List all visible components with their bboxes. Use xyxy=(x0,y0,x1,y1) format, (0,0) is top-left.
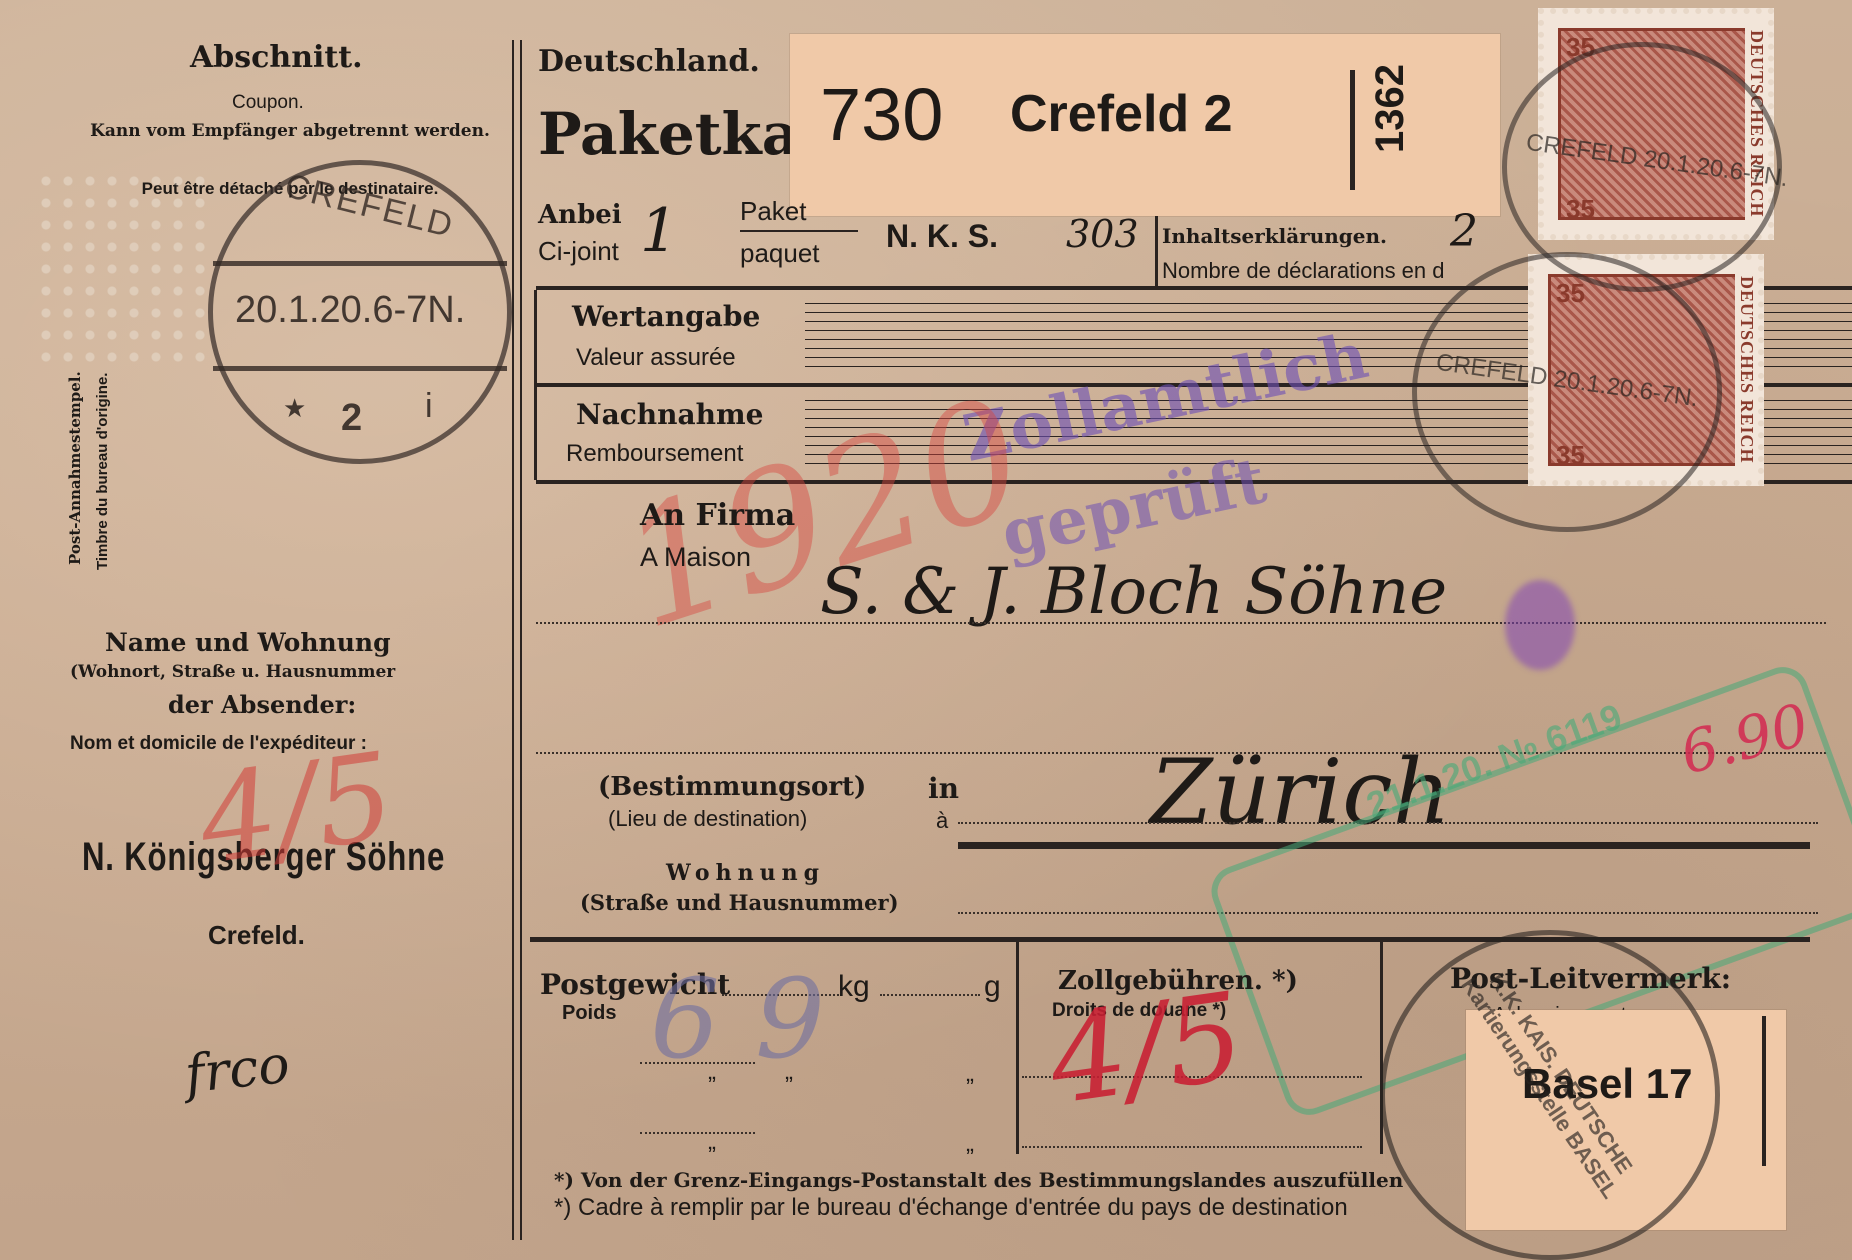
in-label: in xyxy=(928,772,959,805)
ditto-2: „ xyxy=(785,1058,793,1086)
postmark-date: 20.1.20.6-7N. xyxy=(235,289,465,332)
sender-heading-1: Name und Wohnung xyxy=(105,628,391,657)
customs-dots-2 xyxy=(1022,1146,1362,1148)
g-unit: g xyxy=(984,970,1001,1004)
coupon-side-de: Post-Annahmestempel. xyxy=(66,371,84,565)
sender-city: Crefeld. xyxy=(208,920,305,951)
weight-row-2-kg xyxy=(640,1062,755,1064)
decl-value: 2 xyxy=(1450,206,1478,257)
coupon-divider xyxy=(512,40,514,1240)
nks-label: N. K. S. xyxy=(886,218,998,255)
a-label: à xyxy=(936,808,948,834)
perforation-pattern xyxy=(35,170,205,370)
firma-label-de: An Firma xyxy=(640,498,795,533)
count-label-de: Anbei xyxy=(538,200,622,230)
postmark-office: 2 xyxy=(341,397,362,440)
red-pencil-marking: 4/5 xyxy=(191,727,402,892)
paket-label-fr: paquet xyxy=(740,238,820,269)
postmark-star-icon: ★ xyxy=(283,393,306,424)
coupon-subtitle: Coupon. xyxy=(232,92,304,114)
recipient-name: S. & J. Bloch Söhne xyxy=(820,555,1447,629)
weight-label-fr: Poids xyxy=(562,1002,616,1025)
ditto-3: „ xyxy=(966,1060,974,1088)
value-label-de: Wertangabe xyxy=(572,300,760,333)
count-value: 1 xyxy=(640,196,678,266)
ditto-4: „ xyxy=(708,1128,716,1156)
recipient-line-1 xyxy=(536,622,1826,624)
firma-label-fr: A Maison xyxy=(640,542,751,573)
postmark-city: CREFELD xyxy=(281,167,458,247)
label-number: 730 xyxy=(820,72,943,157)
card-country: Deutschland. xyxy=(538,44,760,79)
stamp-country: DEUTSCHES REICH xyxy=(1735,274,1758,466)
basel-postmark-text: K.K. KAIS. DEUTSCHE Kartierungsstelle BA… xyxy=(1453,955,1647,1208)
card-title: Paketka xyxy=(538,100,799,168)
coupon-divider-inner xyxy=(520,40,522,1240)
coupon-side-fr: Timbre du bureau d'origine. xyxy=(94,373,111,570)
footnote-fr: *) Cadre à remplir par le bureau d'échan… xyxy=(554,1194,1454,1222)
postmark-letter: i xyxy=(425,387,433,426)
lower-box-top xyxy=(530,937,1810,942)
count-label-fr: Ci-joint xyxy=(538,236,619,267)
ditto-5: „ xyxy=(966,1130,974,1158)
parcel-card: Abschnitt. Coupon. Kann vom Empfänger ab… xyxy=(0,0,1852,1260)
customs-value: 4/5 xyxy=(1041,967,1252,1132)
paket-rule xyxy=(740,230,858,232)
label-office: Crefeld 2 xyxy=(1010,84,1233,144)
coupon-note-de: Kann vom Empfänger abgetrennt werden. xyxy=(80,120,500,142)
address-label-fr: (Straße und Hausnummer) xyxy=(580,890,899,915)
weight-customs-divider xyxy=(1016,940,1019,1154)
cod-label-de: Nachnahme xyxy=(576,398,763,431)
destination-label-fr: (Lieu de destination) xyxy=(608,806,807,832)
weight-g-dots xyxy=(880,994,980,996)
kg-unit: kg xyxy=(838,970,870,1004)
stamp-cancel-2: CREFELD 20.1.20.6-7N. xyxy=(1412,252,1722,532)
routing-label-divider xyxy=(1762,1016,1766,1166)
origin-label: 730 Crefeld 2 1362 xyxy=(790,34,1500,216)
sender-heading-2: (Wohnort, Straße u. Hausnummer xyxy=(70,662,395,682)
handwritten-franco: frco xyxy=(182,1035,292,1106)
destination-label-de: (Bestimmungsort) xyxy=(598,772,866,802)
address-label-de: Wohnung xyxy=(666,860,825,886)
decl-divider xyxy=(1155,216,1158,286)
decl-label-fr: Nombre de déclarations en d xyxy=(1162,258,1445,284)
weight-row-3-kg xyxy=(640,1132,755,1134)
violet-ink-blot xyxy=(1505,580,1575,670)
value-label-fr: Valeur assurée xyxy=(576,344,736,372)
coupon-title: Abschnitt. xyxy=(190,40,363,75)
paket-label-de: Paket xyxy=(740,196,807,227)
label-divider xyxy=(1350,70,1355,190)
decl-label-de: Inhaltserklärungen. xyxy=(1162,224,1387,248)
coupon-postmark: CREFELD 20.1.20.6-7N. ★ 2 i xyxy=(208,160,512,464)
sender-heading-3: der Absender: xyxy=(168,690,356,719)
cancel-date: CREFELD 20.1.20.6-7N. xyxy=(1434,349,1699,413)
label-serial: 1362 xyxy=(1368,64,1413,153)
ditto-1: „ xyxy=(708,1058,716,1086)
cancel-date: CREFELD 20.1.20.6-7N. xyxy=(1524,129,1789,193)
footnote-de: *) Von der Grenz-Eingangs-Postanstalt de… xyxy=(554,1168,1454,1192)
nks-value: 303 xyxy=(1066,212,1139,256)
